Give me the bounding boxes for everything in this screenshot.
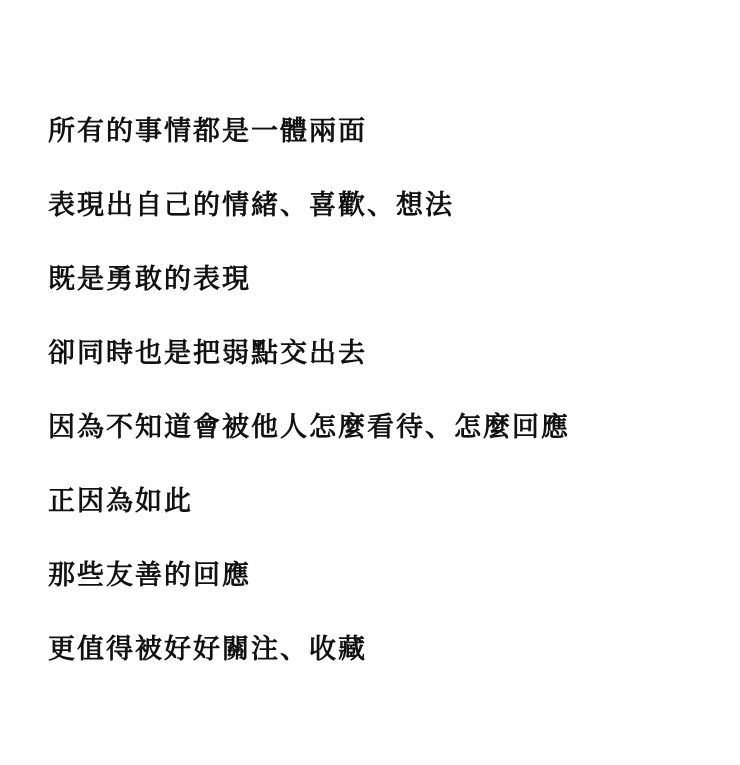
quote-line-8: 更值得被好好關注、收藏: [48, 635, 700, 663]
quote-line-5: 因為不知道會被他人怎麼看待、怎麼回應: [48, 413, 700, 441]
quote-line-4: 卻同時也是把弱點交出去: [48, 339, 700, 367]
quote-line-7: 那些友善的回應: [48, 561, 700, 589]
quote-line-3: 既是勇敢的表現: [48, 265, 700, 293]
quote-line-2: 表現出自己的情緒、喜歡、想法: [48, 191, 700, 219]
quote-line-6: 正因為如此: [48, 487, 700, 515]
quote-line-1: 所有的事情都是一體兩面: [48, 117, 700, 145]
quote-card: 所有的事情都是一體兩面 表現出自己的情緒、喜歡、想法 既是勇敢的表現 卻同時也是…: [0, 0, 740, 765]
